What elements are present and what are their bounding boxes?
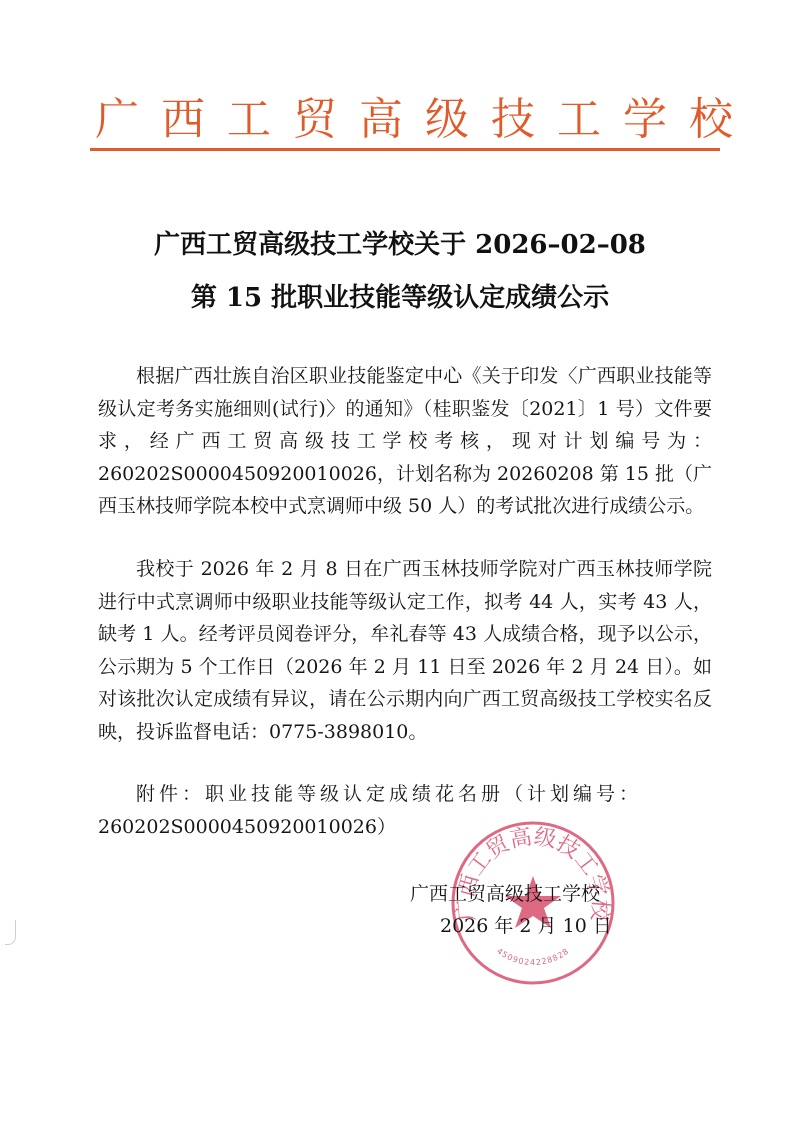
letterhead-school-name: 广西工贸高级技工学校 xyxy=(95,92,720,148)
signature-organization: 广西工贸高级技工学校 xyxy=(410,878,612,910)
stamp-serial-number: 4509024228828 xyxy=(495,946,571,967)
body-paragraph-1: 根据广西壮族自治区职业技能鉴定中心《关于印发〈广西职业技能等级认定考务实施细则(… xyxy=(98,360,712,523)
attachment-line-1: 附件：职业技能等级认定成绩花名册（计划编号： xyxy=(98,778,712,811)
signature-date: 2026 年 2 月 10 日 xyxy=(410,910,612,942)
attachment-note: 附件：职业技能等级认定成绩花名册（计划编号： 260202S0000450920… xyxy=(98,778,712,843)
document-title-line-1: 广西工贸高级技工学校关于 2026–02–08 xyxy=(0,227,800,263)
scan-margin-mark xyxy=(5,920,16,945)
letterhead-divider xyxy=(90,148,720,151)
document-title-line-2: 第 15 批职业技能等级认定成绩公示 xyxy=(0,280,800,316)
attachment-line-2: 260202S0000450920010026） xyxy=(98,811,712,844)
body-paragraph-2: 我校于 2026 年 2 月 8 日在广西玉林技师学院对广西玉林技师学院进行中式… xyxy=(98,553,712,748)
signature-block: 广西工贸高级技工学校 2026 年 2 月 10 日 xyxy=(410,878,612,942)
